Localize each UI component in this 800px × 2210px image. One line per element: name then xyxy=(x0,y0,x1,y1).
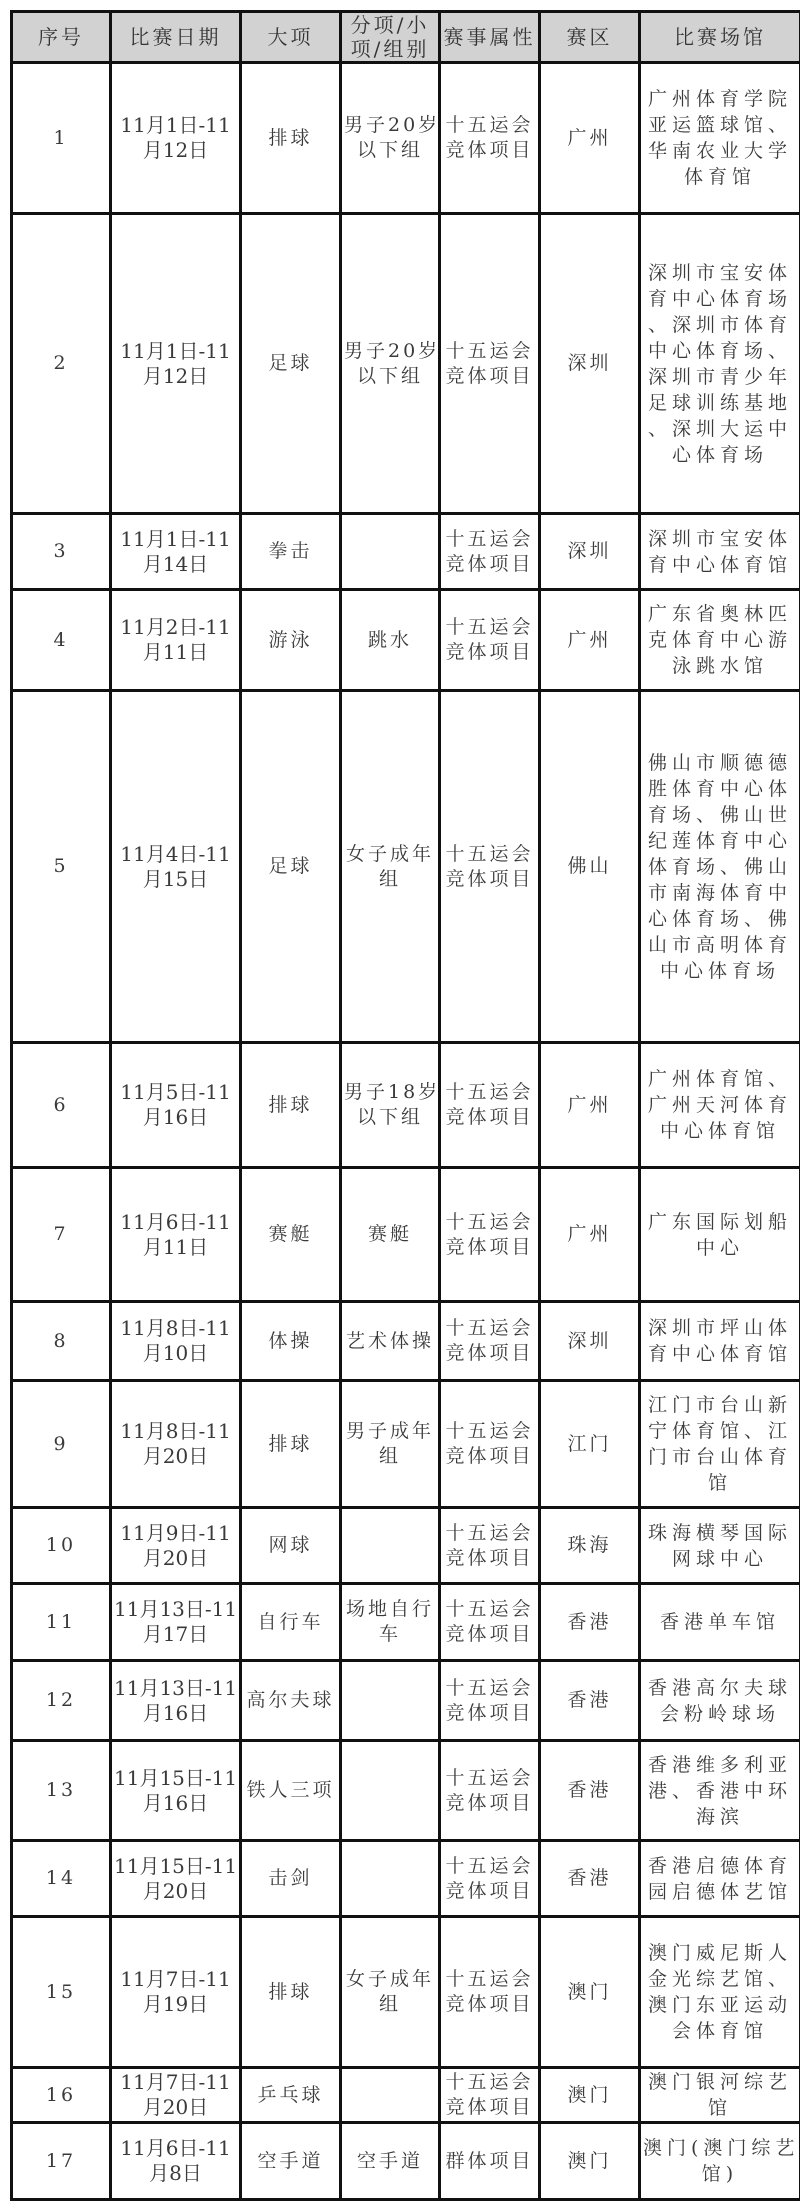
cell-text-line: 11月13日-11 xyxy=(114,1597,237,1622)
cell-text-line: 十五运会 xyxy=(443,339,536,364)
cell-text-line: 艺术体操 xyxy=(344,1329,436,1354)
cell-text-line: 月12日 xyxy=(114,138,237,163)
cell-venue: 深圳市坪山体育中心体育馆 xyxy=(640,1302,800,1381)
table-row: 11 11月13日-11月17日 自行车 场地自行车 十五运会竞体项目 香港 香… xyxy=(12,1584,800,1661)
cell-text-line: 女子成年 xyxy=(344,842,436,867)
cell-event: 女子成年组 xyxy=(341,1917,440,2068)
header-sport: 大项 xyxy=(241,12,341,63)
table-row: 15 11月7日-11月19日 排球 女子成年组 十五运会竞体项目 澳门 澳门威… xyxy=(12,1917,800,2068)
cell-text-line: 深圳市青少年 xyxy=(643,364,797,390)
cell-text-line: 珠海 xyxy=(543,1533,636,1558)
cell-text-line: 香港单车馆 xyxy=(643,1609,797,1635)
cell-text-line: 11月4日-11 xyxy=(114,842,237,867)
cell-text-line: 广州 xyxy=(543,1093,636,1118)
cell-text-line: 广州体育馆、 xyxy=(643,1066,797,1092)
table-row: 6 11月5日-11月16日 排球 男子18岁以下组 十五运会竞体项目 广州 广… xyxy=(12,1043,800,1168)
cell-text-line: 市南海体育中 xyxy=(643,880,797,906)
cell-text-line: 纪莲体育中心 xyxy=(643,828,797,854)
cell-text-line: 竞体项目 xyxy=(443,1546,536,1571)
cell-sport: 铁人三项 xyxy=(241,1741,341,1841)
cell-category: 十五运会竞体项目 xyxy=(440,691,540,1043)
cell-text-line: 心体育场 xyxy=(643,442,797,468)
cell-event xyxy=(341,2068,440,2123)
cell-venue: 香港维多利亚港、香港中环海滨 xyxy=(640,1741,800,1841)
cell-text-line: 比赛场馆 xyxy=(643,25,797,49)
cell-text-line: 跳水 xyxy=(344,628,436,653)
cell-region: 广州 xyxy=(540,590,640,691)
cell-text-line: 铁人三项 xyxy=(244,1778,337,1803)
cell-event: 男子20岁以下组 xyxy=(341,63,440,214)
cell-venue: 广州体育馆、广州天河体育中心体育馆 xyxy=(640,1043,800,1168)
cell-text-line: 佛山 xyxy=(543,854,636,879)
cell-no: 15 xyxy=(12,1917,111,2068)
cell-event: 空手道 xyxy=(341,2123,440,2200)
cell-text-line: 港、香港中环 xyxy=(643,1778,797,1804)
cell-text-line: 11月1日-11 xyxy=(114,339,237,364)
cell-text-line: 澳门 xyxy=(543,2083,636,2108)
cell-text-line: 群体项目 xyxy=(443,2149,536,2174)
header-no: 序号 xyxy=(12,12,111,63)
cell-region: 珠海 xyxy=(540,1508,640,1584)
cell-text-line: 广州天河体育 xyxy=(643,1092,797,1118)
cell-date: 11月1日-11月14日 xyxy=(111,514,241,590)
cell-date: 11月7日-11月19日 xyxy=(111,1917,241,2068)
cell-text-line: 11月15日-11 xyxy=(114,1854,237,1879)
cell-text-line: 11月7日-11 xyxy=(114,2070,237,2095)
cell-text-line: 广州 xyxy=(543,1222,636,1247)
cell-date: 11月13日-11月16日 xyxy=(111,1661,241,1741)
cell-date: 11月7日-11月20日 xyxy=(111,2068,241,2123)
cell-category: 十五运会竞体项目 xyxy=(440,590,540,691)
cell-sport: 体操 xyxy=(241,1302,341,1381)
cell-text-line: 11月13日-11 xyxy=(114,1676,237,1701)
cell-category: 群体项目 xyxy=(440,2123,540,2200)
cell-category: 十五运会竞体项目 xyxy=(440,1168,540,1302)
cell-date: 11月6日-11月8日 xyxy=(111,2123,241,2200)
cell-text-line: 十五运会 xyxy=(443,1967,536,1992)
cell-text-line: 空手道 xyxy=(344,2149,436,2174)
cell-date: 11月15日-11月16日 xyxy=(111,1741,241,1841)
cell-sport: 排球 xyxy=(241,1917,341,2068)
cell-event: 男子20岁以下组 xyxy=(341,214,440,514)
cell-event xyxy=(341,514,440,590)
cell-text-line: 十五运会 xyxy=(443,1521,536,1546)
cell-category: 十五运会竞体项目 xyxy=(440,514,540,590)
cell-text-line: 月15日 xyxy=(114,867,237,892)
cell-venue: 澳门威尼斯人金光综艺馆、澳门东亚运动会体育馆 xyxy=(640,1917,800,2068)
cell-text-line: 育中心体育场 xyxy=(643,286,797,312)
cell-text-line: 中心 xyxy=(643,1235,797,1261)
cell-text-line: 十五运会 xyxy=(443,1766,536,1791)
cell-text-line: 佛山市顺德德 xyxy=(643,750,797,776)
cell-text-line: 馆 xyxy=(643,1470,797,1496)
cell-text-line: 男子20岁 xyxy=(344,339,436,364)
cell-text-line: 深圳 xyxy=(543,351,636,376)
cell-text-line: 足球 xyxy=(244,854,337,879)
cell-sport: 高尔夫球 xyxy=(241,1661,341,1741)
cell-venue: 广东省奥林匹克体育中心游泳跳水馆 xyxy=(640,590,800,691)
cell-text-line: 月16日 xyxy=(114,1105,237,1130)
cell-text-line: 排球 xyxy=(244,1432,337,1457)
cell-date: 11月9日-11月20日 xyxy=(111,1508,241,1584)
cell-no: 7 xyxy=(12,1168,111,1302)
cell-text-line: 竞体项目 xyxy=(443,1879,536,1904)
cell-text-line: 竞体项目 xyxy=(443,552,536,577)
cell-date: 11月1日-11月12日 xyxy=(111,63,241,214)
cell-text-line: 竞体项目 xyxy=(443,1341,536,1366)
cell-region: 广州 xyxy=(540,1168,640,1302)
cell-text-line: 香港维多利亚 xyxy=(643,1752,797,1778)
cell-text-line: 11月9日-11 xyxy=(114,1521,237,1546)
cell-category: 十五运会竞体项目 xyxy=(440,63,540,214)
table-row: 3 11月1日-11月14日 拳击 十五运会竞体项目 深圳 深圳市宝安体育中心体… xyxy=(12,514,800,590)
cell-text-line: 育场、佛山世 xyxy=(643,802,797,828)
cell-text-line: 网球 xyxy=(244,1533,337,1558)
cell-date: 11月15日-11月20日 xyxy=(111,1841,241,1917)
table-row: 13 11月15日-11月16日 铁人三项 十五运会竞体项目 香港 香港维多利亚… xyxy=(12,1741,800,1841)
cell-text-line: 11月8日-11 xyxy=(114,1316,237,1341)
cell-text-line: 深圳 xyxy=(543,539,636,564)
cell-region: 深圳 xyxy=(540,514,640,590)
cell-region: 香港 xyxy=(540,1841,640,1917)
cell-text-line: 竞体项目 xyxy=(443,1105,536,1130)
cell-text-line: 11月6日-11 xyxy=(114,1210,237,1235)
cell-region: 深圳 xyxy=(540,214,640,514)
cell-text-line: 竞体项目 xyxy=(443,1992,536,2017)
cell-region: 澳门 xyxy=(540,1917,640,2068)
cell-text-line: 乒乓球 xyxy=(244,2083,337,2108)
cell-region: 香港 xyxy=(540,1661,640,1741)
cell-no: 9 xyxy=(12,1381,111,1508)
cell-text-line: 深圳市坪山体 xyxy=(643,1315,797,1341)
cell-text-line: 泳跳水馆 xyxy=(643,653,797,679)
cell-text-line: 体育场、佛山 xyxy=(643,854,797,880)
cell-region: 江门 xyxy=(540,1381,640,1508)
cell-sport: 自行车 xyxy=(241,1584,341,1661)
cell-venue: 澳门银河综艺馆 xyxy=(640,2068,800,2123)
cell-no: 2 xyxy=(12,214,111,514)
cell-event: 场地自行车 xyxy=(341,1584,440,1661)
cell-text-line: 足球训练基地 xyxy=(643,390,797,416)
cell-date: 11月1日-11月12日 xyxy=(111,214,241,514)
cell-text-line: 11月7日-11 xyxy=(114,1967,237,1992)
cell-text-line: 11月5日-11 xyxy=(114,1080,237,1105)
cell-text-line: 竞体项目 xyxy=(443,1622,536,1647)
cell-text-line: 园启德体艺馆 xyxy=(643,1879,797,1905)
cell-text-line: 广东国际划船 xyxy=(643,1209,797,1235)
cell-text-line: 场地自行 xyxy=(344,1597,436,1622)
cell-text-line: 11月6日-11 xyxy=(114,2136,237,2161)
cell-text-line: 竞体项目 xyxy=(443,1791,536,1816)
cell-text-line: 赛艇 xyxy=(344,1222,436,1247)
cell-text-line: 赛区 xyxy=(543,25,636,49)
cell-text-line: 竞体项目 xyxy=(443,1701,536,1726)
cell-text-line: 月20日 xyxy=(114,1879,237,1904)
cell-text-line: 车 xyxy=(344,1622,436,1647)
cell-sport: 排球 xyxy=(241,1381,341,1508)
cell-event xyxy=(341,1508,440,1584)
cell-text-line: 胜体育中心体 xyxy=(643,776,797,802)
cell-sport: 拳击 xyxy=(241,514,341,590)
cell-date: 11月4日-11月15日 xyxy=(111,691,241,1043)
cell-category: 十五运会竞体项目 xyxy=(440,1381,540,1508)
cell-text-line: 竞体项目 xyxy=(443,138,536,163)
cell-text-line: 十五运会 xyxy=(443,1419,536,1444)
cell-region: 深圳 xyxy=(540,1302,640,1381)
cell-text-line: 月12日 xyxy=(114,364,237,389)
cell-text-line: 比赛日期 xyxy=(114,25,237,49)
cell-sport: 排球 xyxy=(241,63,341,214)
cell-text-line: 竞体项目 xyxy=(443,640,536,665)
cell-event: 女子成年组 xyxy=(341,691,440,1043)
cell-text-line: 十五运会 xyxy=(443,527,536,552)
table-row: 9 11月8日-11月20日 排球 男子成年组 十五运会竞体项目 江门 江门市台… xyxy=(12,1381,800,1508)
cell-text-line: 、深圳市体育 xyxy=(643,312,797,338)
cell-text-line: 月14日 xyxy=(114,552,237,577)
cell-no: 12 xyxy=(12,1661,111,1741)
cell-text-line: 香港 xyxy=(543,1610,636,1635)
header-event: 分项/小项/组别 xyxy=(341,12,440,63)
header-date: 比赛日期 xyxy=(111,12,241,63)
table-row: 10 11月9日-11月20日 网球 十五运会竞体项目 珠海 珠海横琴国际网球中… xyxy=(12,1508,800,1584)
cell-venue: 香港高尔夫球会粉岭球场 xyxy=(640,1661,800,1741)
cell-region: 澳门 xyxy=(540,2068,640,2123)
cell-text-line: 广州 xyxy=(543,628,636,653)
cell-text-line: 会体育馆 xyxy=(643,2018,797,2044)
cell-text-line: 组 xyxy=(344,1992,436,2017)
cell-sport: 排球 xyxy=(241,1043,341,1168)
cell-text-line: 序号 xyxy=(15,25,107,49)
cell-text-line: 月11日 xyxy=(114,640,237,665)
cell-no: 4 xyxy=(12,590,111,691)
cell-text-line: 竞体项目 xyxy=(443,1235,536,1260)
cell-text-line: 体操 xyxy=(244,1329,337,1354)
cell-text-line: 足球 xyxy=(244,351,337,376)
cell-text-line: 克体育中心游 xyxy=(643,627,797,653)
cell-date: 11月5日-11月16日 xyxy=(111,1043,241,1168)
cell-venue: 澳门(澳门综艺馆) xyxy=(640,2123,800,2200)
cell-event: 赛艇 xyxy=(341,1168,440,1302)
cell-text-line: 会粉岭球场 xyxy=(643,1701,797,1727)
cell-region: 澳门 xyxy=(540,2123,640,2200)
cell-text-line: 拳击 xyxy=(244,539,337,564)
cell-text-line: 击剑 xyxy=(244,1866,337,1891)
cell-text-line: 十五运会 xyxy=(443,1597,536,1622)
cell-text-line: 香港高尔夫球 xyxy=(643,1675,797,1701)
table-row: 7 11月6日-11月11日 赛艇 赛艇 十五运会竞体项目 广州 广东国际划船中… xyxy=(12,1168,800,1302)
cell-region: 佛山 xyxy=(540,691,640,1043)
cell-text-line: 馆 xyxy=(643,2095,797,2121)
cell-text-line: 竞体项目 xyxy=(443,1444,536,1469)
cell-text-line: 组 xyxy=(344,867,436,892)
header-region: 赛区 xyxy=(540,12,640,63)
cell-venue: 深圳市宝安体育中心体育场、深圳市体育中心体育场、深圳市青少年足球训练基地、深圳大… xyxy=(640,214,800,514)
cell-text-line: 竞体项目 xyxy=(443,364,536,389)
cell-text-line: 澳门东亚运动 xyxy=(643,1992,797,2018)
cell-category: 十五运会竞体项目 xyxy=(440,1741,540,1841)
cell-text-line: 月20日 xyxy=(114,1546,237,1571)
cell-text-line: 澳门(澳门综艺 xyxy=(643,2135,797,2161)
cell-text-line: 深圳市宝安体 xyxy=(643,526,797,552)
cell-text-line: 十五运会 xyxy=(443,1210,536,1235)
cell-text-line: 月11日 xyxy=(114,1235,237,1260)
table-row: 16 11月7日-11月20日 乒乓球 十五运会竞体项目 澳门 澳门银河综艺馆 xyxy=(12,2068,800,2123)
table-row: 1 11月1日-11月12日 排球 男子20岁以下组 十五运会竞体项目 广州 广… xyxy=(12,63,800,214)
cell-event: 艺术体操 xyxy=(341,1302,440,1381)
cell-text-line: 月20日 xyxy=(114,1444,237,1469)
cell-event: 男子成年组 xyxy=(341,1381,440,1508)
cell-text-line: 育中心体育馆 xyxy=(643,552,797,578)
cell-date: 11月2日-11月11日 xyxy=(111,590,241,691)
cell-category: 十五运会竞体项目 xyxy=(440,2068,540,2123)
header-row: 序号 比赛日期 大项 分项/小项/组别 赛事属性 赛区 比赛场馆 xyxy=(12,12,800,63)
cell-text-line: 以下组 xyxy=(344,1105,436,1130)
cell-venue: 广州体育学院亚运篮球馆、华南农业大学体育馆 xyxy=(640,63,800,214)
cell-text-line: 月19日 xyxy=(114,1992,237,2017)
cell-text-line: 排球 xyxy=(244,1093,337,1118)
cell-text-line: 十五运会 xyxy=(443,842,536,867)
cell-text-line: 深圳 xyxy=(543,1329,636,1354)
cell-text-line: 十五运会 xyxy=(443,1316,536,1341)
cell-sport: 游泳 xyxy=(241,590,341,691)
cell-text-line: 山市高明体育 xyxy=(643,932,797,958)
cell-text-line: 馆) xyxy=(643,2161,797,2187)
cell-text-line: 月8日 xyxy=(114,2161,237,2186)
cell-text-line: 深圳市宝安体 xyxy=(643,260,797,286)
cell-text-line: 11月1日-11 xyxy=(114,113,237,138)
cell-date: 11月6日-11月11日 xyxy=(111,1168,241,1302)
cell-text-line: 海滨 xyxy=(643,1804,797,1830)
table-row: 14 11月15日-11月20日 击剑 十五运会竞体项目 香港 香港启德体育园启… xyxy=(12,1841,800,1917)
cell-text-line: 大项 xyxy=(244,25,337,49)
cell-text-line: 女子成年 xyxy=(344,1967,436,1992)
cell-text-line: 游泳 xyxy=(244,628,337,653)
cell-text-line: 香港 xyxy=(543,1688,636,1713)
cell-no: 3 xyxy=(12,514,111,590)
table-row: 12 11月13日-11月16日 高尔夫球 十五运会竞体项目 香港 香港高尔夫球… xyxy=(12,1661,800,1741)
cell-event xyxy=(341,1841,440,1917)
cell-sport: 网球 xyxy=(241,1508,341,1584)
cell-no: 1 xyxy=(12,63,111,214)
cell-text-line: 11月1日-11 xyxy=(114,527,237,552)
cell-text-line: 门市台山体育 xyxy=(643,1444,797,1470)
cell-text-line: 珠海横琴国际 xyxy=(643,1520,797,1546)
cell-text-line: 男子18岁 xyxy=(344,1080,436,1105)
cell-text-line: 金光综艺馆、 xyxy=(643,1966,797,1992)
cell-event: 男子18岁以下组 xyxy=(341,1043,440,1168)
cell-category: 十五运会竞体项目 xyxy=(440,1043,540,1168)
cell-text-line: 排球 xyxy=(244,126,337,151)
cell-sport: 空手道 xyxy=(241,2123,341,2200)
cell-category: 十五运会竞体项目 xyxy=(440,1584,540,1661)
cell-text-line: 月20日 xyxy=(114,2095,237,2120)
table-row: 2 11月1日-11月12日 足球 男子20岁以下组 十五运会竞体项目 深圳 深… xyxy=(12,214,800,514)
header-venue: 比赛场馆 xyxy=(640,12,800,63)
cell-no: 17 xyxy=(12,2123,111,2200)
cell-text-line: 以下组 xyxy=(344,138,436,163)
cell-text-line: 竞体项目 xyxy=(443,867,536,892)
cell-category: 十五运会竞体项目 xyxy=(440,1508,540,1584)
cell-text-line: 11月15日-11 xyxy=(114,1766,237,1791)
cell-text-line: 月16日 xyxy=(114,1791,237,1816)
cell-no: 13 xyxy=(12,1741,111,1841)
cell-text-line: 、深圳大运中 xyxy=(643,416,797,442)
cell-text-line: 华南农业大学 xyxy=(643,138,797,164)
cell-sport: 赛艇 xyxy=(241,1168,341,1302)
cell-region: 香港 xyxy=(540,1584,640,1661)
cell-no: 10 xyxy=(12,1508,111,1584)
cell-text-line: 体育馆 xyxy=(643,164,797,190)
cell-text-line: 项/组别 xyxy=(344,37,436,61)
cell-text-line: 宁体育馆、江 xyxy=(643,1418,797,1444)
cell-text-line: 十五运会 xyxy=(443,1080,536,1105)
cell-sport: 足球 xyxy=(241,214,341,514)
cell-text-line: 男子成年 xyxy=(344,1419,436,1444)
cell-region: 广州 xyxy=(540,1043,640,1168)
cell-text-line: 空手道 xyxy=(244,2149,337,2174)
cell-event: 跳水 xyxy=(341,590,440,691)
cell-text-line: 分项/小 xyxy=(344,13,436,37)
cell-text-line: 香港 xyxy=(543,1866,636,1891)
table-row: 4 11月2日-11月11日 游泳 跳水 十五运会竞体项目 广州 广东省奥林匹克… xyxy=(12,590,800,691)
cell-text-line: 赛艇 xyxy=(244,1222,337,1247)
cell-text-line: 香港启德体育 xyxy=(643,1853,797,1879)
competition-schedule-table: 序号 比赛日期 大项 分项/小项/组别 赛事属性 赛区 比赛场馆 1 11月1日… xyxy=(10,10,800,2201)
cell-text-line: 心体育场、佛 xyxy=(643,906,797,932)
cell-text-line: 排球 xyxy=(244,1980,337,2005)
cell-text-line: 赛事属性 xyxy=(443,25,536,49)
cell-text-line: 香港 xyxy=(543,1778,636,1803)
cell-date: 11月13日-11月17日 xyxy=(111,1584,241,1661)
cell-venue: 香港启德体育园启德体艺馆 xyxy=(640,1841,800,1917)
cell-text-line: 组 xyxy=(344,1444,436,1469)
cell-category: 十五运会竞体项目 xyxy=(440,1661,540,1741)
cell-category: 十五运会竞体项目 xyxy=(440,1302,540,1381)
cell-text-line: 亚运篮球馆、 xyxy=(643,112,797,138)
cell-category: 十五运会竞体项目 xyxy=(440,214,540,514)
cell-text-line: 广州 xyxy=(543,126,636,151)
cell-text-line: 中心体育场 xyxy=(643,958,797,984)
cell-no: 5 xyxy=(12,691,111,1043)
cell-text-line: 十五运会 xyxy=(443,1676,536,1701)
cell-text-line: 澳门银河综艺 xyxy=(643,2069,797,2095)
cell-text-line: 男子20岁 xyxy=(344,113,436,138)
cell-text-line: 高尔夫球 xyxy=(244,1688,337,1713)
cell-text-line: 竞体项目 xyxy=(443,2095,536,2120)
cell-venue: 香港单车馆 xyxy=(640,1584,800,1661)
cell-text-line: 澳门 xyxy=(543,1980,636,2005)
cell-text-line: 广州体育学院 xyxy=(643,86,797,112)
cell-venue: 广东国际划船中心 xyxy=(640,1168,800,1302)
cell-text-line: 网球中心 xyxy=(643,1546,797,1572)
table-body: 1 11月1日-11月12日 排球 男子20岁以下组 十五运会竞体项目 广州 广… xyxy=(12,63,800,2200)
cell-text-line: 十五运会 xyxy=(443,113,536,138)
cell-no: 8 xyxy=(12,1302,111,1381)
cell-venue: 佛山市顺德德胜体育中心体育场、佛山世纪莲体育中心体育场、佛山市南海体育中心体育场… xyxy=(640,691,800,1043)
cell-venue: 深圳市宝安体育中心体育馆 xyxy=(640,514,800,590)
cell-no: 6 xyxy=(12,1043,111,1168)
cell-category: 十五运会竞体项目 xyxy=(440,1917,540,2068)
cell-text-line: 澳门 xyxy=(543,2149,636,2174)
cell-text-line: 中心体育馆 xyxy=(643,1118,797,1144)
cell-category: 十五运会竞体项目 xyxy=(440,1841,540,1917)
cell-text-line: 澳门威尼斯人 xyxy=(643,1940,797,1966)
cell-event xyxy=(341,1741,440,1841)
cell-no: 11 xyxy=(12,1584,111,1661)
cell-text-line: 育中心体育馆 xyxy=(643,1341,797,1367)
table-row: 8 11月8日-11月10日 体操 艺术体操 十五运会竞体项目 深圳 深圳市坪山… xyxy=(12,1302,800,1381)
cell-text-line: 十五运会 xyxy=(443,1854,536,1879)
